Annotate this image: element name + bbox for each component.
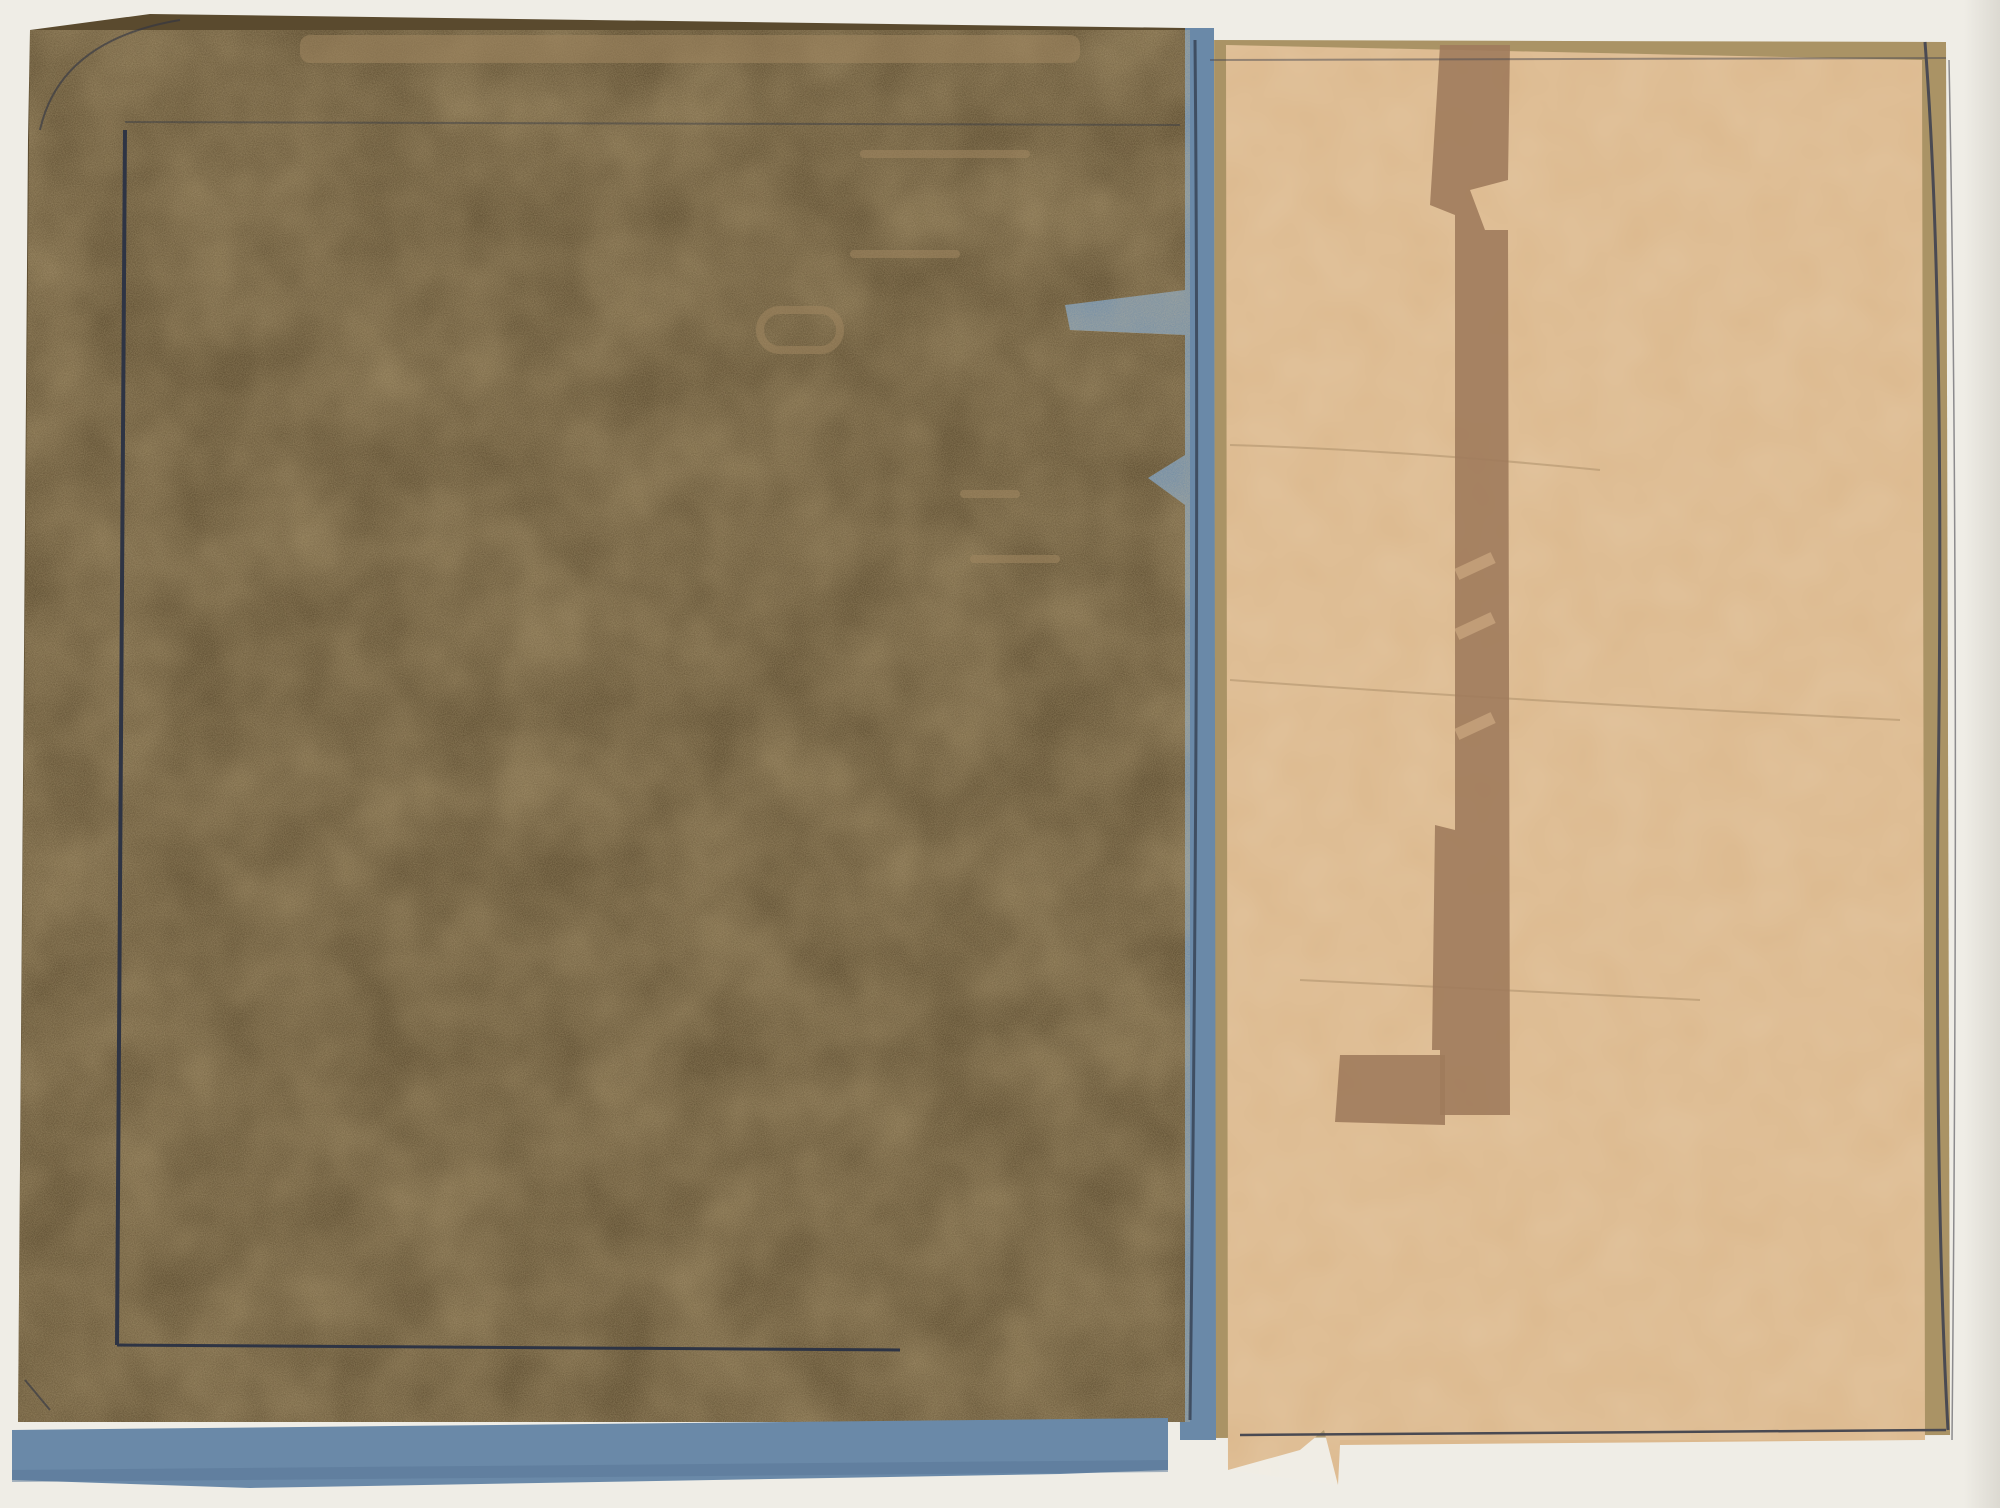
artwork-canvas: [0, 0, 2000, 1508]
frame-edge: [1964, 0, 2000, 1508]
